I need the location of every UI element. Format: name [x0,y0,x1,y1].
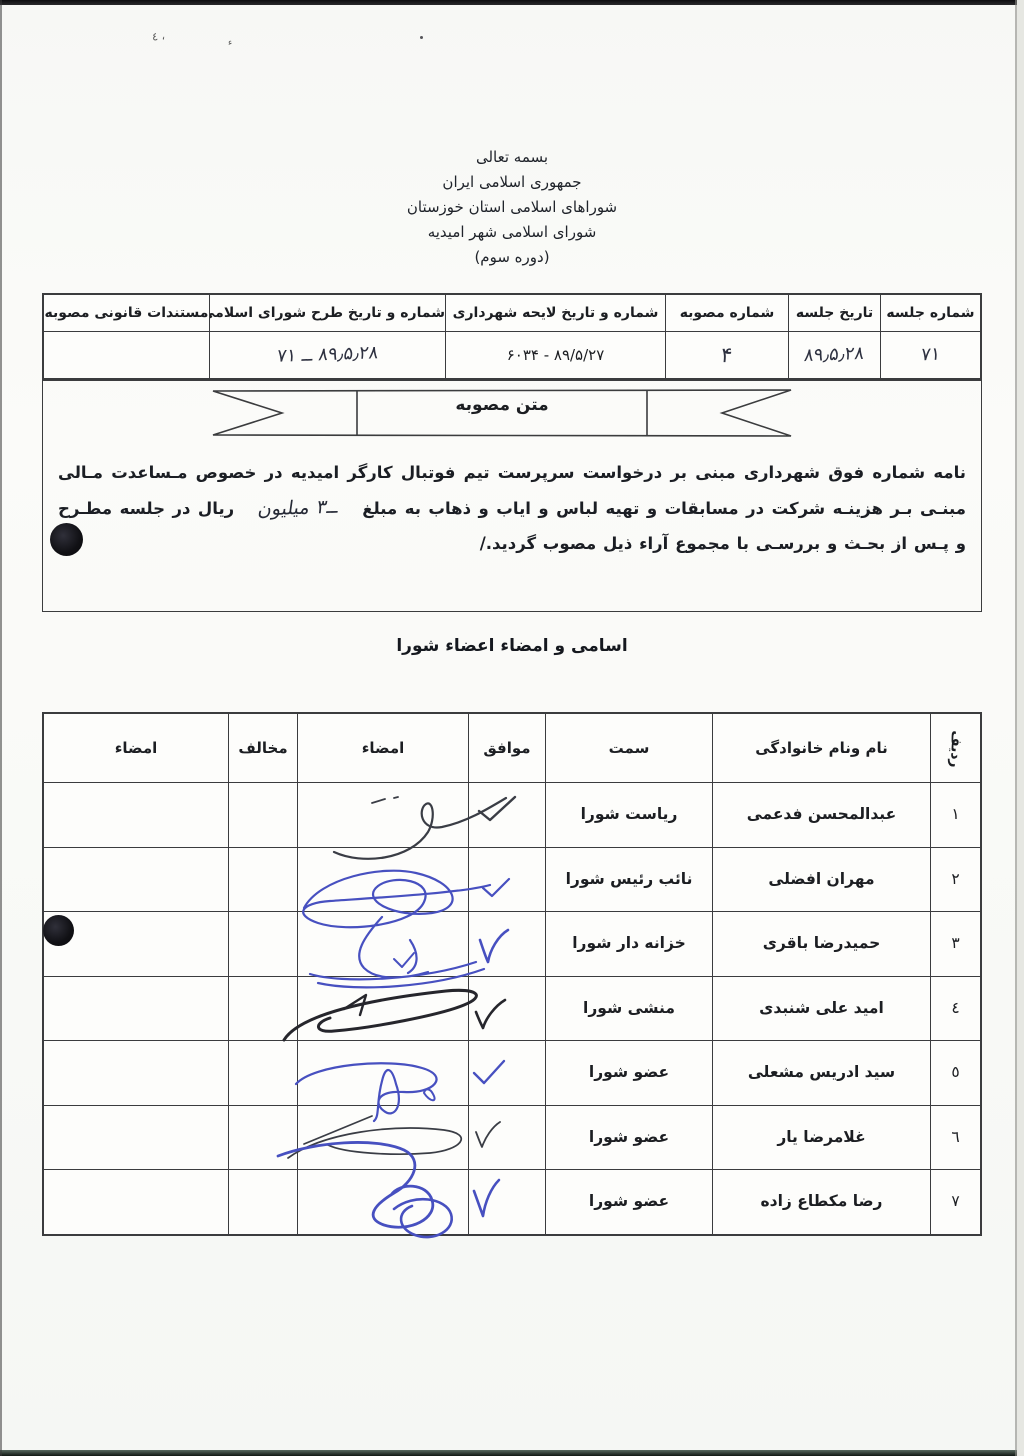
member-row-5: ٥ سید ادریس مشعلی عضو شورا [44,1041,980,1106]
agree-cell [468,977,545,1041]
oppose-cell [228,1170,297,1234]
member-row-2: ٢ مهران افضلی نائب رئیس شورا [44,848,980,913]
row-number: ٣ [930,912,980,976]
row-number: ٢ [930,848,980,912]
value-bill-number-date: ۸۹/۵/۲۷ - ۶۰۳۴ [445,332,665,378]
member-row-4: ٤ امید علی شنبدی منشی شورا [44,977,980,1042]
signature2-cell [44,1041,228,1105]
signature-cell [297,1106,468,1170]
letterhead-city-council: شورای اسلامی شهر امیدیه [0,220,1024,245]
value-resolution-number: ۴ [665,332,788,378]
row-number: ٧ [930,1170,980,1234]
header-position: سمت [545,714,712,782]
member-position: عضو شورا [545,1106,712,1170]
oppose-cell [228,1106,297,1170]
signature2-cell [44,977,228,1041]
oppose-cell [228,783,297,847]
member-row-1: ١ عبدالمحسن فدعمی ریاست شورا [44,783,980,848]
scan-speck-dot [420,36,423,39]
scan-edge-bottom [0,1450,1024,1456]
value-session-number: ۷۱ [880,332,980,378]
member-position: ریاست شورا [545,783,712,847]
row-number: ١ [930,783,980,847]
member-position: خزانه دار شورا [545,912,712,976]
agree-cell [468,783,545,847]
handwritten-plan-number-date: ۸۹٫۵٫۲۸ ــ ۷۱ [274,332,380,378]
scan-speck: ء [228,38,232,48]
punch-hole [50,523,83,556]
member-row-6: ٦ غلامرضا یار عضو شورا [44,1106,980,1171]
header-bill-number-date: شماره و تاریخ لایحه شهرداری [445,295,665,332]
session-info-header-row: شماره جلسه تاریخ جلسه شماره مصوبه شماره … [44,295,980,332]
member-row-3: ٣ حمیدرضا باقری خزانه دار شورا [44,912,980,977]
signature2-cell [44,783,228,847]
scanned-document-page: ، ٤ ء بسمه تعالی جمهوری اسلامی ایران شور… [0,0,1024,1456]
member-name: مهران افضلی [712,848,930,912]
letterhead-term: (دوره سوم) [0,245,1024,270]
member-name: امید علی شنبدی [712,977,930,1041]
letterhead: بسمه تعالی جمهوری اسلامی ایران شوراهای ا… [0,145,1024,270]
signature2-cell [44,1170,228,1234]
handwritten-session-number: ۷۱ [918,332,942,378]
member-row-7: ٧ رضا مکطاع زاده عضو شورا [44,1170,980,1234]
oppose-cell [228,1041,297,1105]
members-table: ردیف نام ونام خانوادگی سمت موافق امضاء م… [42,712,982,1236]
scan-speck: ، ٤ [151,29,165,43]
header-signature: امضاء [297,714,468,782]
signature-cell [297,1170,468,1234]
member-position: منشی شورا [545,977,712,1041]
signature-cell [297,977,468,1041]
header-council-plan-number-date: شماره و تاریخ طرح شورای اسلامی [209,295,445,332]
member-position: عضو شورا [545,1041,712,1105]
signature-cell [297,912,468,976]
agree-cell [468,1170,545,1234]
member-position: نائب رئیس شورا [545,848,712,912]
signature-cell [297,848,468,912]
signature-cell [297,783,468,847]
resolution-text: نامه شماره فوق شهرداری مبنی بر درخواست س… [58,455,966,562]
agree-cell [468,1041,545,1105]
punch-hole [43,915,74,946]
handwritten-session-date: ۸۹٫۵٫۲۸ [802,332,867,378]
signature2-cell [44,848,228,912]
member-name: حمیدرضا باقری [712,912,930,976]
members-header-row: ردیف نام ونام خانوادگی سمت موافق امضاء م… [44,714,980,783]
handwritten-amount: ــ۳ میلیون [242,489,355,528]
agree-cell [468,912,545,976]
member-name: غلامرضا یار [712,1106,930,1170]
header-agree: موافق [468,714,545,782]
value-session-date: ۸۹٫۵٫۲۸ [788,332,880,378]
header-oppose: مخالف [228,714,297,782]
header-session-date: تاریخ جلسه [788,295,880,332]
value-council-plan-number-date: ۸۹٫۵٫۲۸ ــ ۷۱ [209,332,445,378]
header-full-name: نام ونام خانوادگی [712,714,930,782]
signature2-cell [44,1106,228,1170]
session-info-table: شماره جلسه تاریخ جلسه شماره مصوبه شماره … [42,293,982,380]
oppose-cell [228,848,297,912]
header-signature-2: امضاء [44,714,228,782]
agree-cell [468,848,545,912]
member-name: سید ادریس مشعلی [712,1041,930,1105]
member-name: عبدالمحسن فدعمی [712,783,930,847]
letterhead-bismillah: بسمه تعالی [0,145,1024,170]
header-resolution-number: شماره مصوبه [665,295,788,332]
resolution-banner-title: متن مصوبه [357,395,647,415]
member-name: رضا مکطاع زاده [712,1170,930,1234]
oppose-cell [228,912,297,976]
value-legal-references [44,332,209,378]
scan-edge-top [0,0,1024,5]
agree-cell [468,1106,545,1170]
row-number: ٥ [930,1041,980,1105]
row-number: ٦ [930,1106,980,1170]
header-session-number: شماره جلسه [880,295,980,332]
signature-cell [297,1041,468,1105]
row-number: ٤ [930,977,980,1041]
header-legal-references: مستندات قانونی مصوبه [44,295,209,332]
header-row-number: ردیف [930,714,980,782]
members-section-title: اسامی و امضاء اعضاء شورا [0,636,1024,656]
session-info-value-row: ۷۱ ۸۹٫۵٫۲۸ ۴ ۸۹/۵/۲۷ - ۶۰۳۴ ۸۹٫۵٫۲۸ ــ ۷… [44,332,980,378]
handwritten-resolution-number: ۴ [719,332,735,378]
member-position: عضو شورا [545,1170,712,1234]
oppose-cell [228,977,297,1041]
letterhead-province-councils: شوراهای اسلامی استان خوزستان [0,195,1024,220]
letterhead-republic: جمهوری اسلامی ایران [0,170,1024,195]
